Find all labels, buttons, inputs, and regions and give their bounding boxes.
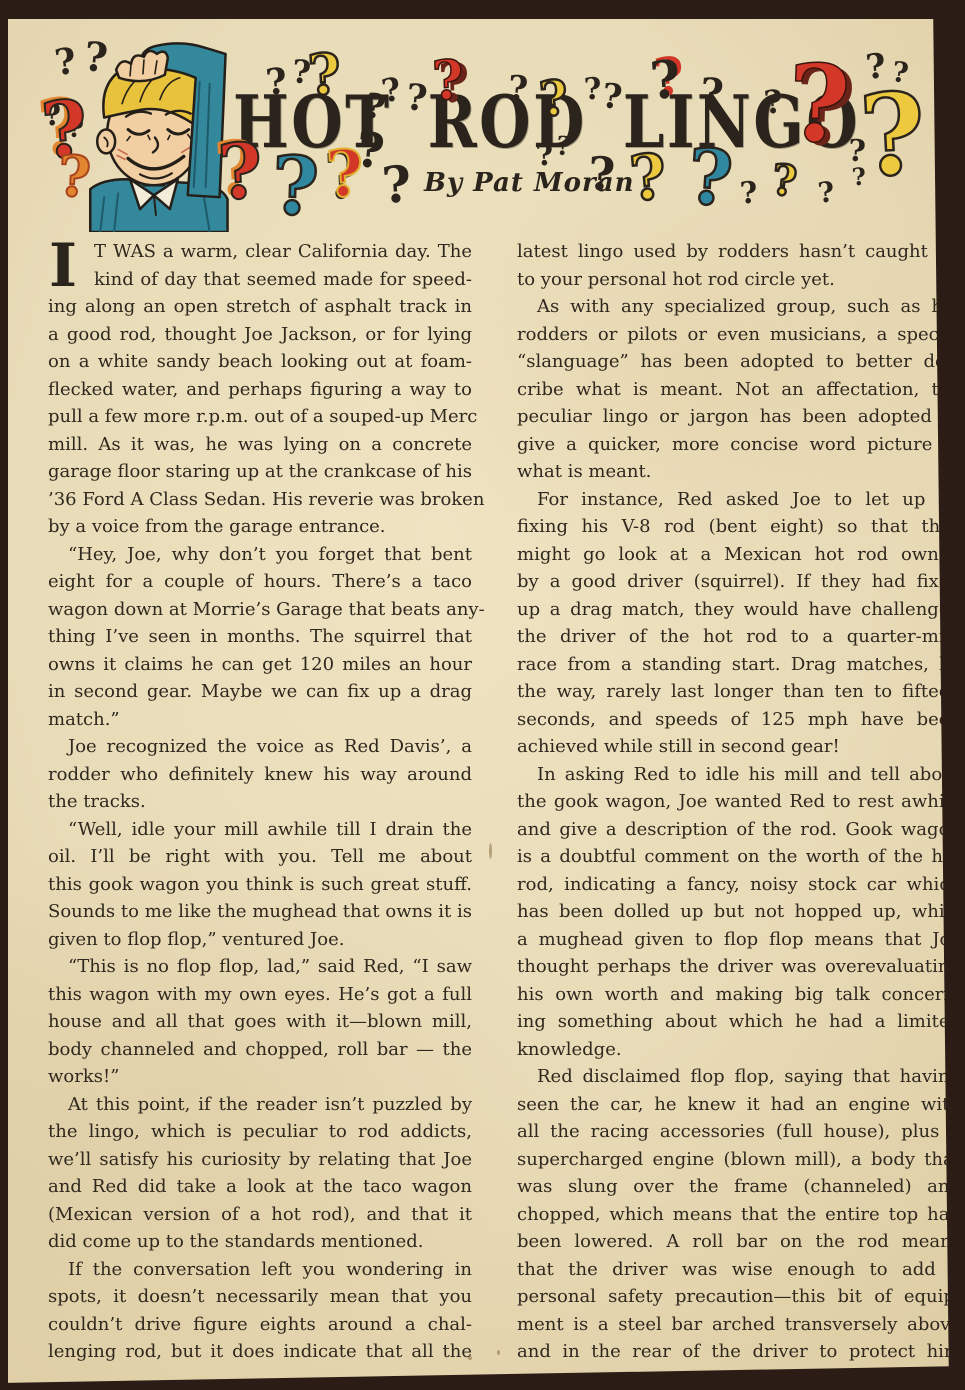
text-line: might go look at a Mexican hot rod owned — [517, 541, 961, 569]
text-line: match.” — [48, 706, 472, 734]
text-line: rodders or pilots or even musicians, a s… — [517, 321, 961, 349]
text-line: At this point, if the reader isn’t puzzl… — [48, 1091, 472, 1119]
text-line: T WAS a warm, clear California day. The — [48, 238, 472, 266]
text-line: the tracks. — [48, 788, 472, 816]
text-line: did come up to the standards mentioned. — [48, 1228, 472, 1256]
text-line: been lowered. A roll bar on the rod mean… — [517, 1228, 961, 1256]
text-line: latest lingo used by rodders hasn’t caug… — [517, 238, 961, 266]
text-line: the way, rarely last longer than ten to … — [517, 678, 961, 706]
text-line: body channeled and chopped, roll bar — t… — [48, 1036, 472, 1064]
text-line: seen the car, he knew it had an engine w… — [517, 1091, 961, 1119]
left-column: T WAS a warm, clear California day. Thek… — [48, 238, 472, 1366]
question-mark-icon: ? — [264, 65, 288, 99]
text-line: flecked water, and perhaps figuring a wa… — [48, 376, 472, 404]
ink-speck — [489, 843, 492, 859]
text-line: a good rod, thought Joe Jackson, or for … — [48, 321, 472, 349]
question-mark-icon: ? — [587, 153, 616, 196]
text-line: the lingo, which is peculiar to rod addi… — [48, 1118, 472, 1146]
text-line: mill. As it was, he was lying on a concr… — [48, 431, 472, 459]
text-line: achieved while still in second gear! — [517, 733, 961, 761]
text-line: ment is a steel bar arched transversely … — [517, 1311, 961, 1339]
text-line: what is meant. — [517, 458, 961, 486]
question-mark-icon: ? — [82, 39, 109, 77]
text-line: cribe what is meant. Not an affectation,… — [517, 376, 961, 404]
question-mark-icon: ? — [739, 179, 758, 207]
right-column: latest lingo used by rodders hasn’t caug… — [517, 238, 961, 1366]
text-line: peculiar lingo or jargon has been adopte… — [517, 403, 961, 431]
text-line: pull a few more r.p.m. out of a souped-u… — [48, 403, 472, 431]
text-line: this gook wagon you think is such great … — [48, 871, 472, 899]
text-line: kind of day that seemed made for speed- — [48, 266, 472, 294]
question-mark-icon: ? — [507, 73, 529, 105]
text-line: wagon down at Morrie’s Garage that beats… — [48, 596, 472, 624]
question-mark-icon: ? — [763, 87, 784, 117]
question-mark-icon: ? — [53, 45, 78, 80]
text-line: ing something about which he had a limit… — [517, 1008, 961, 1036]
text-line: In asking Red to idle his mill and tell … — [517, 761, 961, 789]
text-line: on a white sandy beach looking out at fo… — [48, 348, 472, 376]
text-line: the gook wagon, Joe wanted Red to rest a… — [517, 788, 961, 816]
text-line: (Mexican version of a hot rod), and that… — [48, 1201, 472, 1229]
text-line: chopped, which means that the entire top… — [517, 1201, 961, 1229]
question-mark-icon: ? — [271, 149, 320, 223]
text-line: and in the rear of the driver to protect… — [517, 1338, 961, 1366]
text-line: is a doubtful comment on the worth of th… — [517, 843, 961, 871]
text-line: works!” — [48, 1063, 472, 1091]
text-line: thought perhaps the driver was overevalu… — [517, 953, 961, 981]
text-line: and Red did take a look at the taco wago… — [48, 1173, 472, 1201]
header: HOT ROD LINGO By Pat Moran ?????????????… — [0, 0, 965, 240]
text-line: As with any specialized group, such as h… — [517, 293, 961, 321]
text-line: “Well, idle your mill awhile till I drai… — [48, 816, 472, 844]
text-line: thing I’ve seen in months. The squirrel … — [48, 623, 472, 651]
text-line: has been dolled up but not hopped up, wh… — [517, 898, 961, 926]
question-mark-icon: ? — [431, 55, 464, 105]
question-mark-icon: ? — [648, 57, 682, 106]
text-line: rod, indicating a fancy, noisy stock car… — [517, 871, 961, 899]
text-line: garage floor staring up at the crankcase… — [48, 458, 472, 486]
question-mark-icon: ? — [583, 76, 602, 104]
text-line: by a good driver (squirrel). If they had… — [517, 568, 961, 596]
text-line: all the racing accessories (full house),… — [517, 1118, 961, 1146]
text-line: spots, it doesn’t necessarily mean that … — [48, 1283, 472, 1311]
question-mark-icon: ? — [786, 55, 851, 153]
text-line: If the conversation left you wondering i… — [48, 1256, 472, 1284]
ink-speck — [468, 1356, 472, 1360]
question-mark-icon: ? — [555, 135, 573, 160]
text-line: race from a standing start. Drag matches… — [517, 651, 961, 679]
question-mark-icon: ? — [538, 77, 570, 123]
question-mark-icon: ? — [380, 161, 412, 208]
text-line: house and all that goes with it—blown mi… — [48, 1008, 472, 1036]
text-line: Sounds to me like the mughead that owns … — [48, 898, 472, 926]
text-line: the driver of the hot rod to a quarter-m… — [517, 623, 961, 651]
text-line: Joe recognized the voice as Red Davis’, … — [48, 733, 472, 761]
text-line: in second gear. Maybe we can fix up a dr… — [48, 678, 472, 706]
text-line: give a quicker, more concise word pictur… — [517, 431, 961, 459]
text-line: “Hey, Joe, why don’t you forget that ben… — [48, 541, 472, 569]
text-line: Red disclaimed flop flop, saying that ha… — [517, 1063, 961, 1091]
text-line: given to flop flop,” ventured Joe. — [48, 926, 472, 954]
question-mark-icon: ? — [628, 149, 669, 208]
question-mark-icon: ? — [600, 81, 624, 114]
text-line: rodder who definitely knew his way aroun… — [48, 761, 472, 789]
drop-cap: I — [49, 239, 77, 293]
text-line: that the driver was wise enough to add a — [517, 1256, 961, 1284]
text-line: this wagon with my own eyes. He’s got a … — [48, 981, 472, 1009]
text-line: ing along an open stretch of asphalt tra… — [48, 293, 472, 321]
text-line: couldn’t drive figure eights around a ch… — [48, 1311, 472, 1339]
text-line: to your personal hot rod circle yet. — [517, 266, 961, 294]
question-mark-icon: ? — [57, 151, 92, 203]
text-line: oil. I’ll be right with you. Tell me abo… — [48, 843, 472, 871]
text-line: For instance, Red asked Joe to let up on — [517, 486, 961, 514]
question-mark-icon: ? — [851, 165, 867, 188]
text-line: “This is no flop flop, lad,” said Red, “… — [48, 953, 472, 981]
text-line: eight for a couple of hours. There’s a t… — [48, 568, 472, 596]
text-line: knowledge. — [517, 1036, 961, 1064]
text-line: his own worth and making big talk concer… — [517, 981, 961, 1009]
question-mark-icon: ? — [535, 141, 555, 169]
text-line: and give a description of the rod. Gook … — [517, 816, 961, 844]
text-line: supercharged engine (blown mill), a body… — [517, 1146, 961, 1174]
ink-speck — [497, 1350, 500, 1355]
text-line: a mughead given to flop flop means that … — [517, 926, 961, 954]
text-line: personal safety precaution—this bit of e… — [517, 1283, 961, 1311]
question-mark-icon: ? — [307, 49, 342, 101]
text-line: fixing his V-8 rod (bent eight) so that … — [517, 513, 961, 541]
text-line: seconds, and speeds of 125 mph have been — [517, 706, 961, 734]
question-mark-icon: ? — [686, 143, 735, 214]
question-mark-icon: ? — [857, 84, 928, 188]
text-line: ’36 Ford A Class Sedan. His reverie was … — [48, 486, 472, 514]
question-mark-icon: ? — [404, 81, 428, 115]
text-line: lenging rod, but it does indicate that a… — [48, 1338, 472, 1366]
text-line: “slanguage” has been adopted to better d… — [517, 348, 961, 376]
text-line: up a drag match, they would have challen… — [517, 596, 961, 624]
ear — [97, 130, 115, 154]
question-mark-icon: ? — [216, 137, 264, 208]
comic-page: HOT ROD LINGO By Pat Moran ?????????????… — [0, 0, 965, 1390]
text-line: we’ll satisfy his curiosity by relating … — [48, 1146, 472, 1174]
text-line: was slung over the frame (channeled) and — [517, 1173, 961, 1201]
question-mark-icon: ? — [770, 161, 798, 201]
text-line: by a voice from the garage entrance. — [48, 513, 472, 541]
text-line: owns it claims he can get 120 miles an h… — [48, 651, 472, 679]
question-mark-icon: ? — [817, 179, 836, 206]
hand — [116, 51, 168, 81]
question-mark-icon: ? — [698, 75, 724, 113]
